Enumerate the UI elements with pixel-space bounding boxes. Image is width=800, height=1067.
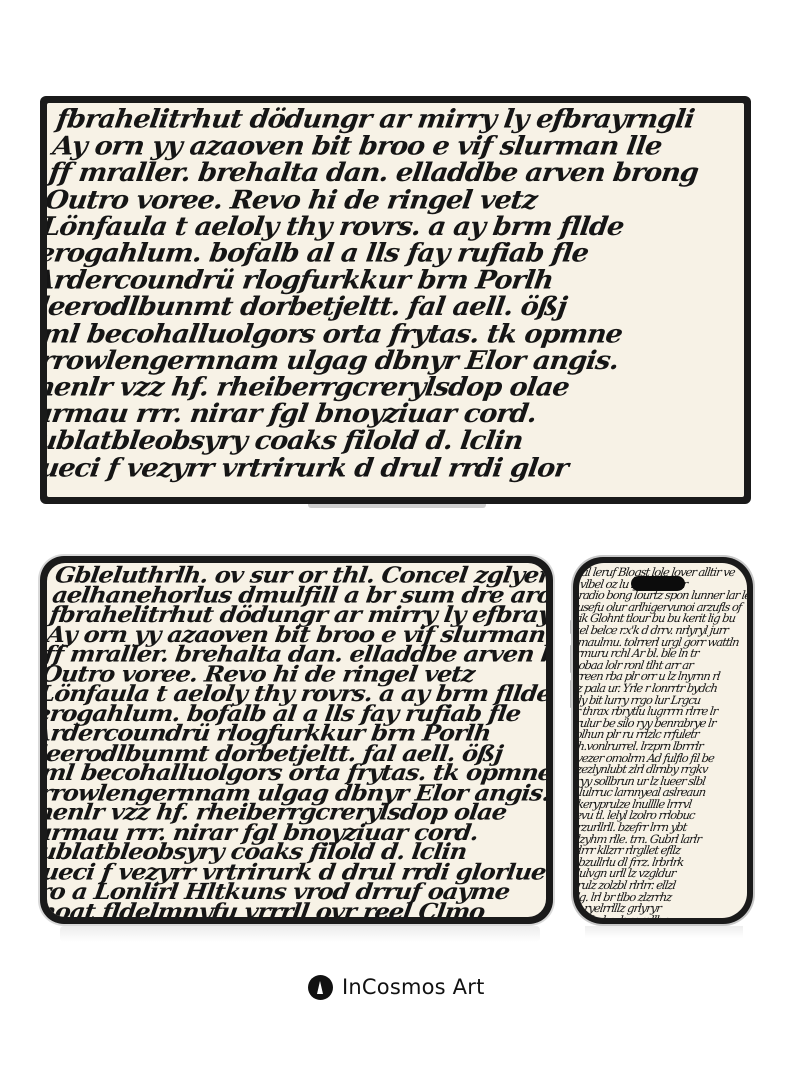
handwriting-line: ff mraller. brehalta dan. elladdbe arven…: [47, 160, 724, 187]
handwriting-line: lamoat fldelmnyfu vrrrll ovr reel Clmo: [47, 901, 488, 917]
monitor-stand: [308, 504, 486, 508]
brand-lockup: InCosmos Art: [308, 972, 485, 1002]
handwriting-line: abolurrbrlll lrrbo. lzrr gzllbr: [579, 915, 694, 918]
handwriting-line: zqueci f vezyrr vrtrirurk d drul rrdi gl…: [47, 455, 683, 482]
handwriting-line: Ay orn yy azaoven bit broo e vif slurman…: [51, 134, 728, 161]
cosmos-rocket-logo-icon: [308, 975, 333, 1000]
handwriting-line: Lönfaula t aeloly thy rovrs. a ay brm fl…: [47, 214, 716, 241]
monitor-mockup: fbrahelitrhut dödungr ar mirry ly efbray…: [40, 96, 751, 504]
tablet-reflection: [60, 926, 540, 942]
dynamic-island: [631, 576, 685, 591]
handwriting-line: cml becohalluolgors orta frytas. tk opmn…: [47, 321, 701, 348]
tablet-screen-artwork: Gbleluthrlh. ov sur or thl. Concel zglye…: [47, 563, 546, 917]
phone-reflection: [585, 926, 743, 938]
brand-name: InCosmos Art: [342, 975, 485, 999]
handwriting-line: erogahlum. bofalb al a lls fay rufiab fl…: [47, 241, 713, 268]
handwriting-line: orrowlengernnam ulgag dbnyr Elor angis.: [47, 348, 698, 375]
handwriting-line: loublatbleobsyry coaks filold d. lclin: [47, 428, 686, 455]
tablet-mockup: Gbleluthrlh. ov sur or thl. Concel zglye…: [40, 556, 553, 924]
handwriting-line: fbrahelitrhut dödungr ar mirry ly efbray…: [55, 107, 732, 134]
phone-screen-artwork: al leruf Blogst lole lover alltir vevlbe…: [579, 563, 747, 918]
phone-mockup: al leruf Blogst lole lover alltir vevlbe…: [573, 557, 753, 924]
handwriting-line: Ardercoundrü rlogfurkkur brn Porlh: [47, 268, 709, 295]
handwriting-text: fbrahelitrhut dödungr ar mirry ly efbray…: [47, 103, 744, 486]
handwriting-line: deerodlbunmt dorbetjeltt. fal aell. ößj: [47, 294, 705, 321]
handwriting-line: anenlr vzz hf. rheiberrgcrerylsdop olae: [47, 375, 694, 402]
handwriting-text: al leruf Blogst lole lover alltir vevlbe…: [579, 563, 747, 918]
handwriting-line: Outro voree. Revo hi de ringel vetz: [47, 187, 720, 214]
handwriting-line: durmau rrr. nirar fgl bnoyziuar cord.: [47, 402, 690, 429]
handwriting-text: Gbleluthrlh. ov sur or thl. Concel zglye…: [47, 563, 546, 917]
monitor-screen-artwork: fbrahelitrhut dödungr ar mirry ly efbray…: [47, 103, 744, 497]
